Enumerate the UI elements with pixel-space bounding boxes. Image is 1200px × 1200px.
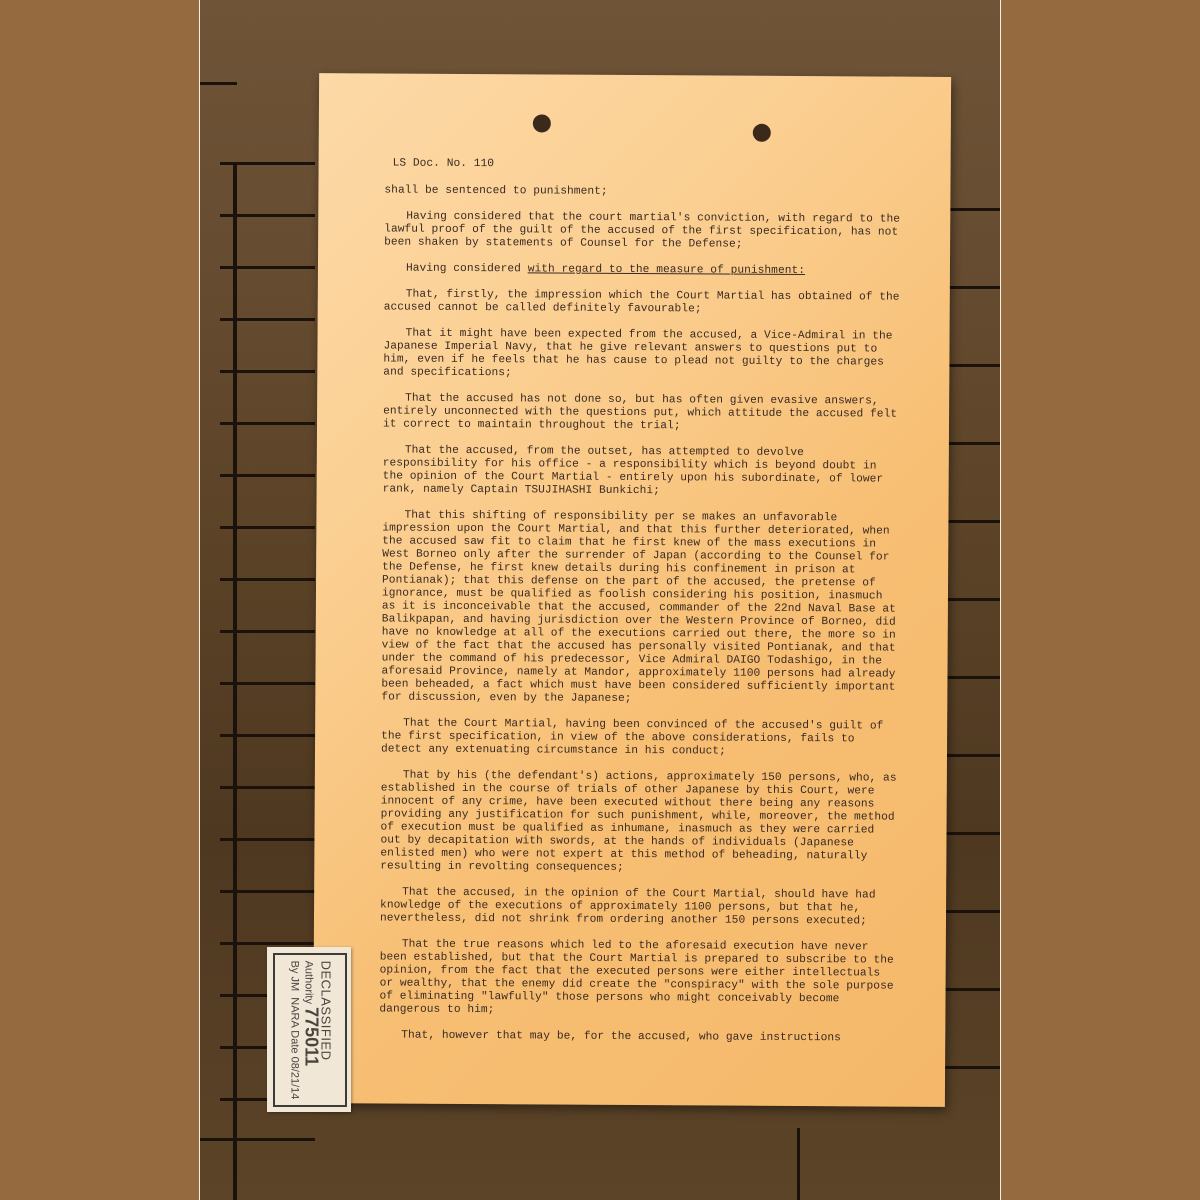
paragraph: That by his (the defendant's) actions, a…	[380, 769, 901, 876]
stamp-authority: Authority 775011	[302, 961, 319, 1100]
stamp-text: DECLASSIFIED Authority 775011 By JM NARA…	[288, 961, 333, 1100]
paragraph-list: shall be sentenced to punishment;Having …	[379, 184, 904, 1045]
paragraph: That, however that may be, for the accus…	[379, 1029, 899, 1045]
grid-line	[940, 520, 1000, 523]
grid-line	[220, 734, 315, 737]
grid-line	[220, 526, 315, 529]
paragraph: Having considered with regard to the mea…	[384, 262, 904, 278]
grid-line	[797, 1128, 800, 1200]
grid-line	[220, 630, 315, 633]
declassified-stamp: DECLASSIFIED Authority 775011 By JM NARA…	[267, 947, 351, 1112]
grid-line	[940, 676, 1000, 679]
paragraph: That the true reasons which led to the a…	[379, 938, 899, 1019]
grid-line	[220, 942, 315, 945]
right-border-band	[1000, 0, 1200, 1200]
paragraph: That, firstly, the impression which the …	[384, 288, 904, 317]
grid-line	[940, 754, 1000, 757]
grid-line	[220, 682, 315, 685]
grid-line	[220, 422, 315, 425]
punch-hole-icon	[753, 124, 771, 142]
stamp-by-date: By JM NARA Date 08/21/14	[288, 961, 302, 1100]
document-page: LS Doc. No. 110 shall be sentenced to pu…	[313, 73, 951, 1107]
paragraph: That the Court Martial, having been conv…	[381, 717, 901, 759]
paragraph: shall be sentenced to punishment;	[384, 184, 904, 200]
paragraph: That the accused, in the opinion of the …	[380, 886, 900, 928]
document-number: LS Doc. No. 110	[393, 158, 905, 174]
paragraph: That the accused has not done so, but ha…	[383, 392, 903, 434]
grid-line	[220, 162, 315, 165]
underlined-heading: with regard to the measure of punishment…	[528, 263, 805, 277]
grid-line	[940, 988, 1000, 991]
grid-line	[940, 598, 1000, 601]
grid-line	[940, 910, 1000, 913]
paragraph: Having considered that the court martial…	[384, 210, 904, 252]
paragraph: That the accused, from the outset, has a…	[383, 444, 903, 499]
grid-line	[940, 832, 1000, 835]
grid-line	[220, 578, 315, 581]
paragraph: That this shifting of responsibility per…	[381, 509, 902, 707]
stamp-border: DECLASSIFIED Authority 775011 By JM NARA…	[273, 953, 347, 1107]
document-body: LS Doc. No. 110 shall be sentenced to pu…	[379, 157, 904, 1058]
grid-line	[220, 838, 315, 841]
grid-line	[940, 1066, 1000, 1069]
grid-line	[220, 474, 315, 477]
grid-line	[940, 442, 1000, 445]
punch-hole-icon	[533, 114, 551, 132]
grid-line	[220, 266, 315, 269]
grid-line	[220, 370, 315, 373]
grid-line	[200, 1138, 315, 1141]
grid-line	[220, 214, 315, 217]
left-border-band	[0, 0, 200, 1200]
paragraph: That it might have been expected from th…	[383, 327, 903, 382]
grid-line	[220, 890, 315, 893]
grid-line	[220, 318, 315, 321]
grid-line	[220, 786, 315, 789]
grid-line	[200, 82, 237, 85]
